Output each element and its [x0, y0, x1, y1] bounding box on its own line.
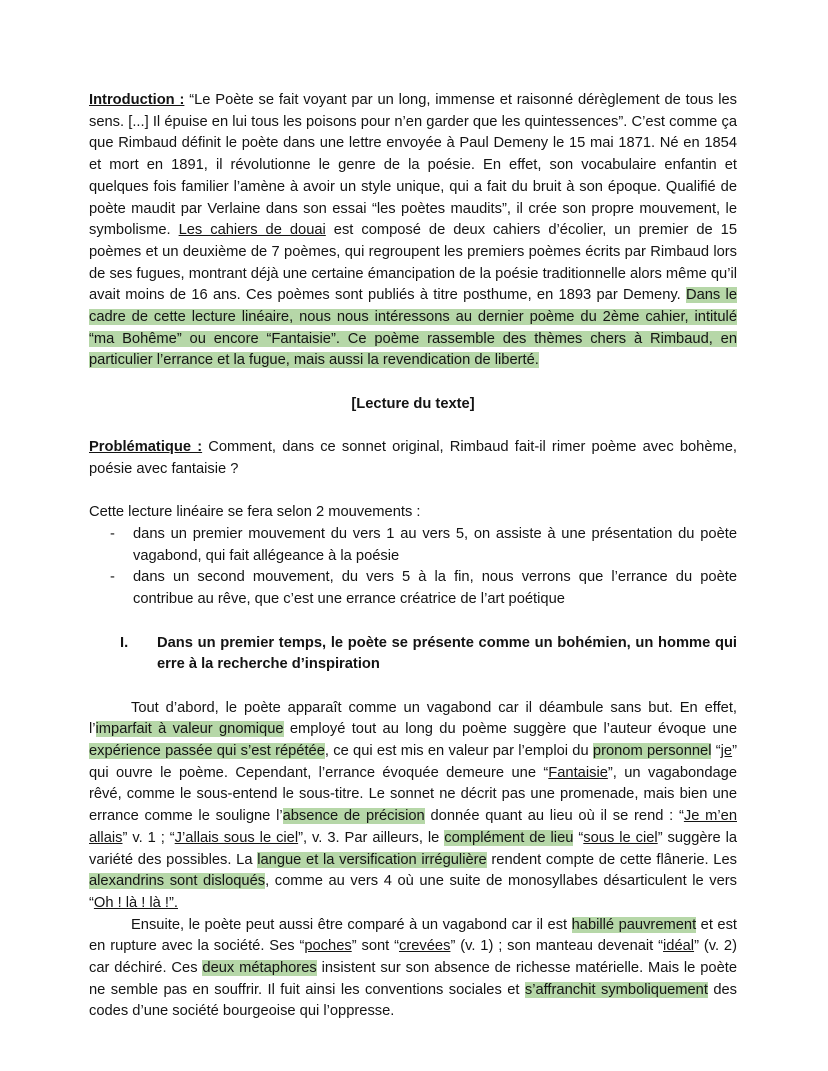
list-item: -dans un second mouvement, du vers 5 à l… [89, 567, 737, 610]
list-item: -dans un premier mouvement du vers 1 au … [89, 524, 737, 567]
paragraph: Introduction : “Le Poète se fait voyant … [89, 90, 737, 372]
text-segment-plain: , ce qui est mis en valeur par l’emploi … [325, 743, 593, 759]
text-segment-plain: dans un second mouvement, du vers 5 à la… [133, 569, 737, 607]
text-segment-plain: rendent compte de cette flânerie. Les [487, 852, 737, 868]
indented-paragraph: Ensuite, le poète peut aussi être compar… [89, 915, 737, 1024]
text-segment-highlight: habillé pauvrement [572, 917, 697, 933]
text-segment-plain: ” sont “ [352, 938, 399, 954]
text-segment-highlight: s’affranchit symboliquement [525, 982, 708, 998]
text-segment-underline: sous le ciel [583, 830, 657, 846]
text-segment-highlight: langue et la versification irrégulière [257, 852, 486, 868]
text-segment-highlight: alexandrins sont disloqués [89, 873, 265, 889]
text-segment-plain: donnée quant au lieu où il se rend : “ [425, 808, 684, 824]
text-segment-plain: “Le Poète se fait voyant par un long, im… [89, 92, 737, 238]
text-segment-plain: Ensuite, le poète peut aussi être compar… [131, 917, 572, 933]
paragraph: Cette lecture linéaire se fera selon 2 m… [89, 502, 737, 524]
text-segment-plain: “ [573, 830, 583, 846]
text-segment-highlight: complément de lieu [444, 830, 573, 846]
text-segment-plain: dans un premier mouvement du vers 1 au v… [133, 526, 737, 564]
text-segment-highlight: imparfait à valeur gnomique [96, 721, 284, 737]
text-segment-underline: Fantaisie [548, 765, 608, 781]
block-text: dans un premier mouvement du vers 1 au v… [133, 524, 737, 567]
text-segment-plain: ” (v. 1) ; son manteau devenait “ [450, 938, 663, 954]
text-segment-underline: je [721, 743, 732, 759]
text-segment-highlight: expérience passée qui s’est répétée [89, 743, 325, 759]
text-segment-plain: ”, v. 3. Par ailleurs, le [298, 830, 444, 846]
block-text: dans un second mouvement, du vers 5 à la… [133, 567, 737, 610]
bullet-dash: - [89, 524, 133, 567]
document-page: Introduction : “Le Poète se fait voyant … [0, 0, 828, 1071]
block-text: Dans un premier temps, le poète se prése… [157, 633, 737, 676]
text-segment-highlight: pronom personnel [593, 743, 712, 759]
paragraph: Problématique : Comment, dans ce sonnet … [89, 437, 737, 480]
text-segment-bold: Dans un premier temps, le poète se prése… [157, 635, 737, 673]
numbered-heading: I.Dans un premier temps, le poète se pré… [89, 633, 737, 676]
text-segment-highlight: absence de précision [283, 808, 425, 824]
center-heading: [Lecture du texte] [89, 394, 737, 416]
text-segment-underline: Oh ! là ! là !”. [94, 895, 178, 911]
bullet-dash: - [89, 567, 133, 610]
text-segment-underline: poches [304, 938, 351, 954]
text-segment-highlight: deux métaphores [202, 960, 316, 976]
text-segment-plain: ” v. 1 ; “ [122, 830, 174, 846]
text-segment-boldUnderline: Introduction : [89, 92, 184, 108]
text-segment-bold: [Lecture du texte] [351, 396, 474, 412]
text-segment-underline: crevées [399, 938, 450, 954]
text-segment-underline: J’allais sous le ciel [175, 830, 298, 846]
document-content: Introduction : “Le Poète se fait voyant … [89, 90, 737, 1023]
text-segment-plain: Cette lecture linéaire se fera selon 2 m… [89, 504, 420, 520]
text-segment-plain: “ [711, 743, 720, 759]
text-segment-underline: idéal [663, 938, 694, 954]
text-segment-boldUnderline: Problématique : [89, 439, 202, 455]
heading-numeral: I. [89, 633, 157, 676]
text-segment-plain: employé tout au long du poème suggère qu… [284, 721, 737, 737]
indented-paragraph: Tout d’abord, le poète apparaît comme un… [89, 698, 737, 915]
text-segment-underline: Les cahiers de douai [179, 222, 326, 238]
